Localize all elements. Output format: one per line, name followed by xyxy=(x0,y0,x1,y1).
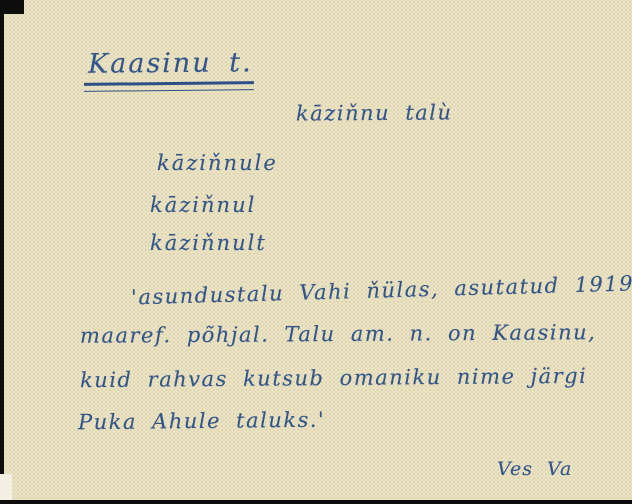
case-form-adessive: kāziňnul xyxy=(150,193,256,217)
signature: Ves Va xyxy=(497,458,572,480)
scan-edge-bottom xyxy=(0,500,632,504)
description-line: 'asundustalu Vahi ňülas, asutatud 1919.a… xyxy=(131,271,632,310)
scan-corner-artifact xyxy=(0,0,24,14)
case-form-ablative: kāziňnult xyxy=(150,231,267,255)
archival-card-scan: Kaasinu t. kāziňnu talù kāziňnule kāziňn… xyxy=(0,0,632,504)
description-line: kuid rahvas kutsub omaniku nime järgi xyxy=(80,364,588,392)
case-form-allative: kāziňnule xyxy=(157,151,278,175)
title-underline xyxy=(84,81,254,92)
description-line: Puka Ahule taluks.' xyxy=(78,408,326,435)
dialect-form: kāziňnu talù xyxy=(296,100,453,125)
description-line: maaref. põhjal. Talu am. n. on Kaasinu, xyxy=(80,320,596,348)
scan-sliver-artifact xyxy=(0,474,12,500)
scan-edge-left xyxy=(0,0,4,504)
card-title: Kaasinu t. xyxy=(88,47,253,79)
